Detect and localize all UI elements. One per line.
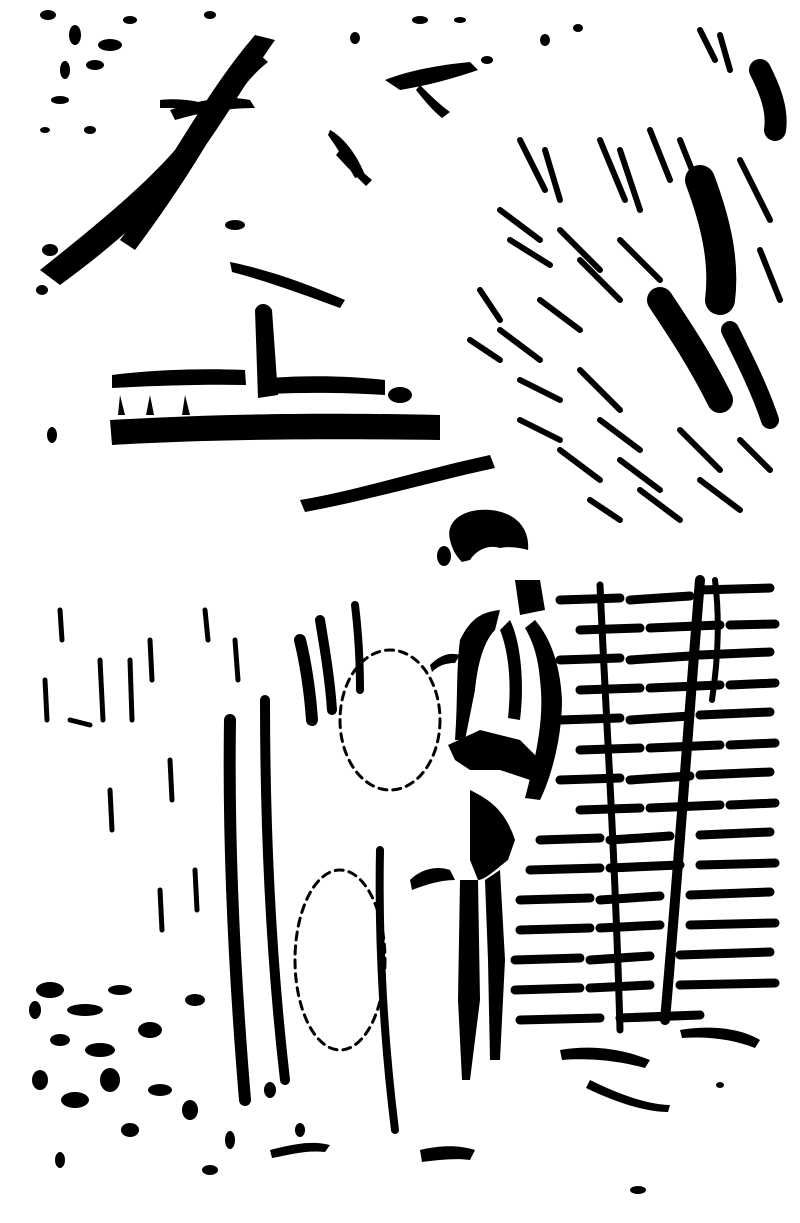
- paper-background: [0, 0, 800, 1223]
- figure-collar: [515, 580, 545, 615]
- woodcut-illustration: [0, 0, 800, 1223]
